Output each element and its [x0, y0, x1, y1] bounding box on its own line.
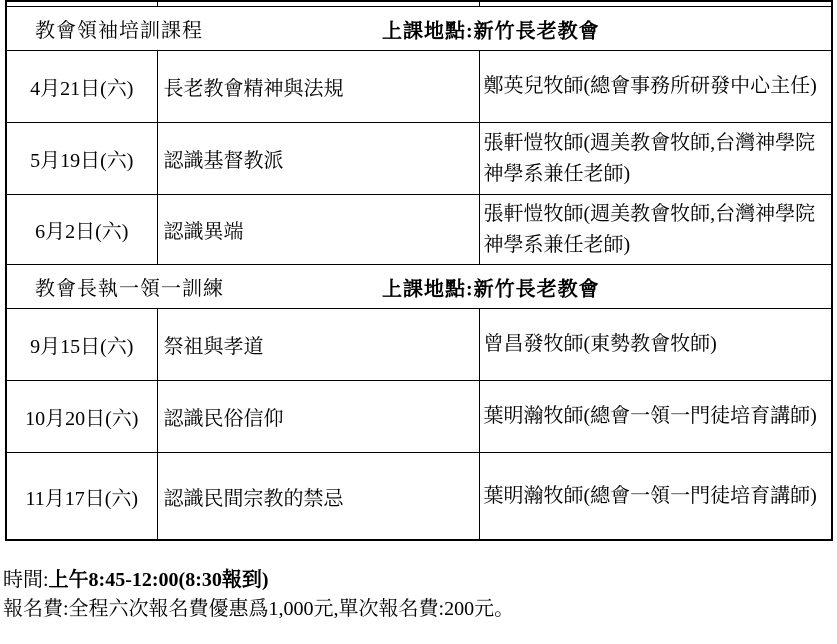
table-row: 10月20日(六) 認識民俗信仰 葉明瀚牧師(總會一領一門徒培育講師) — [6, 381, 832, 453]
time-value: 上午8:45-12:00(8:30報到) — [49, 569, 269, 591]
course-schedule-table: 教會領袖培訓課程 上課地點:新竹長老教會 4月21日(六) 長老教會精神與法規 … — [5, 0, 833, 541]
document-page: 教會領袖培訓課程 上課地點:新竹長老教會 4月21日(六) 長老教會精神與法規 … — [0, 0, 837, 644]
date-cell: 9月15日(六) — [6, 309, 157, 381]
section-location-label: 上課地點:新竹長老教會 — [382, 14, 600, 43]
date-cell: 6月2日(六) — [6, 195, 157, 265]
date-cell: 10月20日(六) — [6, 381, 157, 453]
instructor-cell: 張軒愷牧師(週美教會牧師,台灣神學院神學系兼任老師) — [479, 195, 832, 265]
table-row: 4月21日(六) 長老教會精神與法規 鄭英兒牧師(總會事務所研發中心主任) — [6, 51, 832, 123]
section-title: 教會領袖培訓課程 — [35, 20, 203, 42]
date-cell: 11月17日(六) — [6, 453, 157, 541]
instructor-cell: 張軒愷牧師(週美教會牧師,台灣神學院神學系兼任老師) — [479, 123, 832, 195]
section-header-cell: 教會長執一領一訓練 上課地點:新竹長老教會 — [6, 265, 832, 309]
course-cell: 長老教會精神與法規 — [157, 51, 479, 123]
instructor-cell: 曾昌發牧師(東勢教會牧師) — [479, 309, 832, 381]
section-header-cell: 教會領袖培訓課程 上課地點:新竹長老教會 — [6, 7, 832, 51]
instructor-cell: 葉明瀚牧師(總會一領一門徒培育講師) — [479, 381, 832, 453]
footer-notes: 時間:上午8:45-12:00(8:30報到) 報名費:全程六次報名費優惠爲1,… — [3, 566, 514, 624]
course-cell: 認識民間宗教的禁忌 — [157, 453, 479, 541]
course-cell: 祭祖與孝道 — [157, 309, 479, 381]
section-title: 教會長執一領一訓練 — [35, 278, 224, 300]
fee-line: 報名費:全程六次報名費優惠爲1,000元,單次報名費:200元。 — [3, 595, 514, 624]
course-cell: 認識民俗信仰 — [157, 381, 479, 453]
date-cell: 5月19日(六) — [6, 123, 157, 195]
course-cell: 認識基督教派 — [157, 123, 479, 195]
section-header-row: 教會領袖培訓課程 上課地點:新竹長老教會 — [6, 7, 832, 51]
date-cell: 4月21日(六) — [6, 51, 157, 123]
table-row: 5月19日(六) 認識基督教派 張軒愷牧師(週美教會牧師,台灣神學院神學系兼任老… — [6, 123, 832, 195]
course-cell: 認識異端 — [157, 195, 479, 265]
time-label: 時間: — [3, 569, 49, 591]
table-row: 9月15日(六) 祭祖與孝道 曾昌發牧師(東勢教會牧師) — [6, 309, 832, 381]
table-row: 11月17日(六) 認識民間宗教的禁忌 葉明瀚牧師(總會一領一門徒培育講師) — [6, 453, 832, 541]
instructor-cell: 鄭英兒牧師(總會事務所研發中心主任) — [479, 51, 832, 123]
section-location-label: 上課地點:新竹長老教會 — [382, 272, 600, 301]
section-header-row: 教會長執一領一訓練 上課地點:新竹長老教會 — [6, 265, 832, 309]
instructor-cell: 葉明瀚牧師(總會一領一門徒培育講師) — [479, 453, 832, 541]
table-row: 6月2日(六) 認識異端 張軒愷牧師(週美教會牧師,台灣神學院神學系兼任老師) — [6, 195, 832, 265]
time-line: 時間:上午8:45-12:00(8:30報到) — [3, 566, 514, 595]
